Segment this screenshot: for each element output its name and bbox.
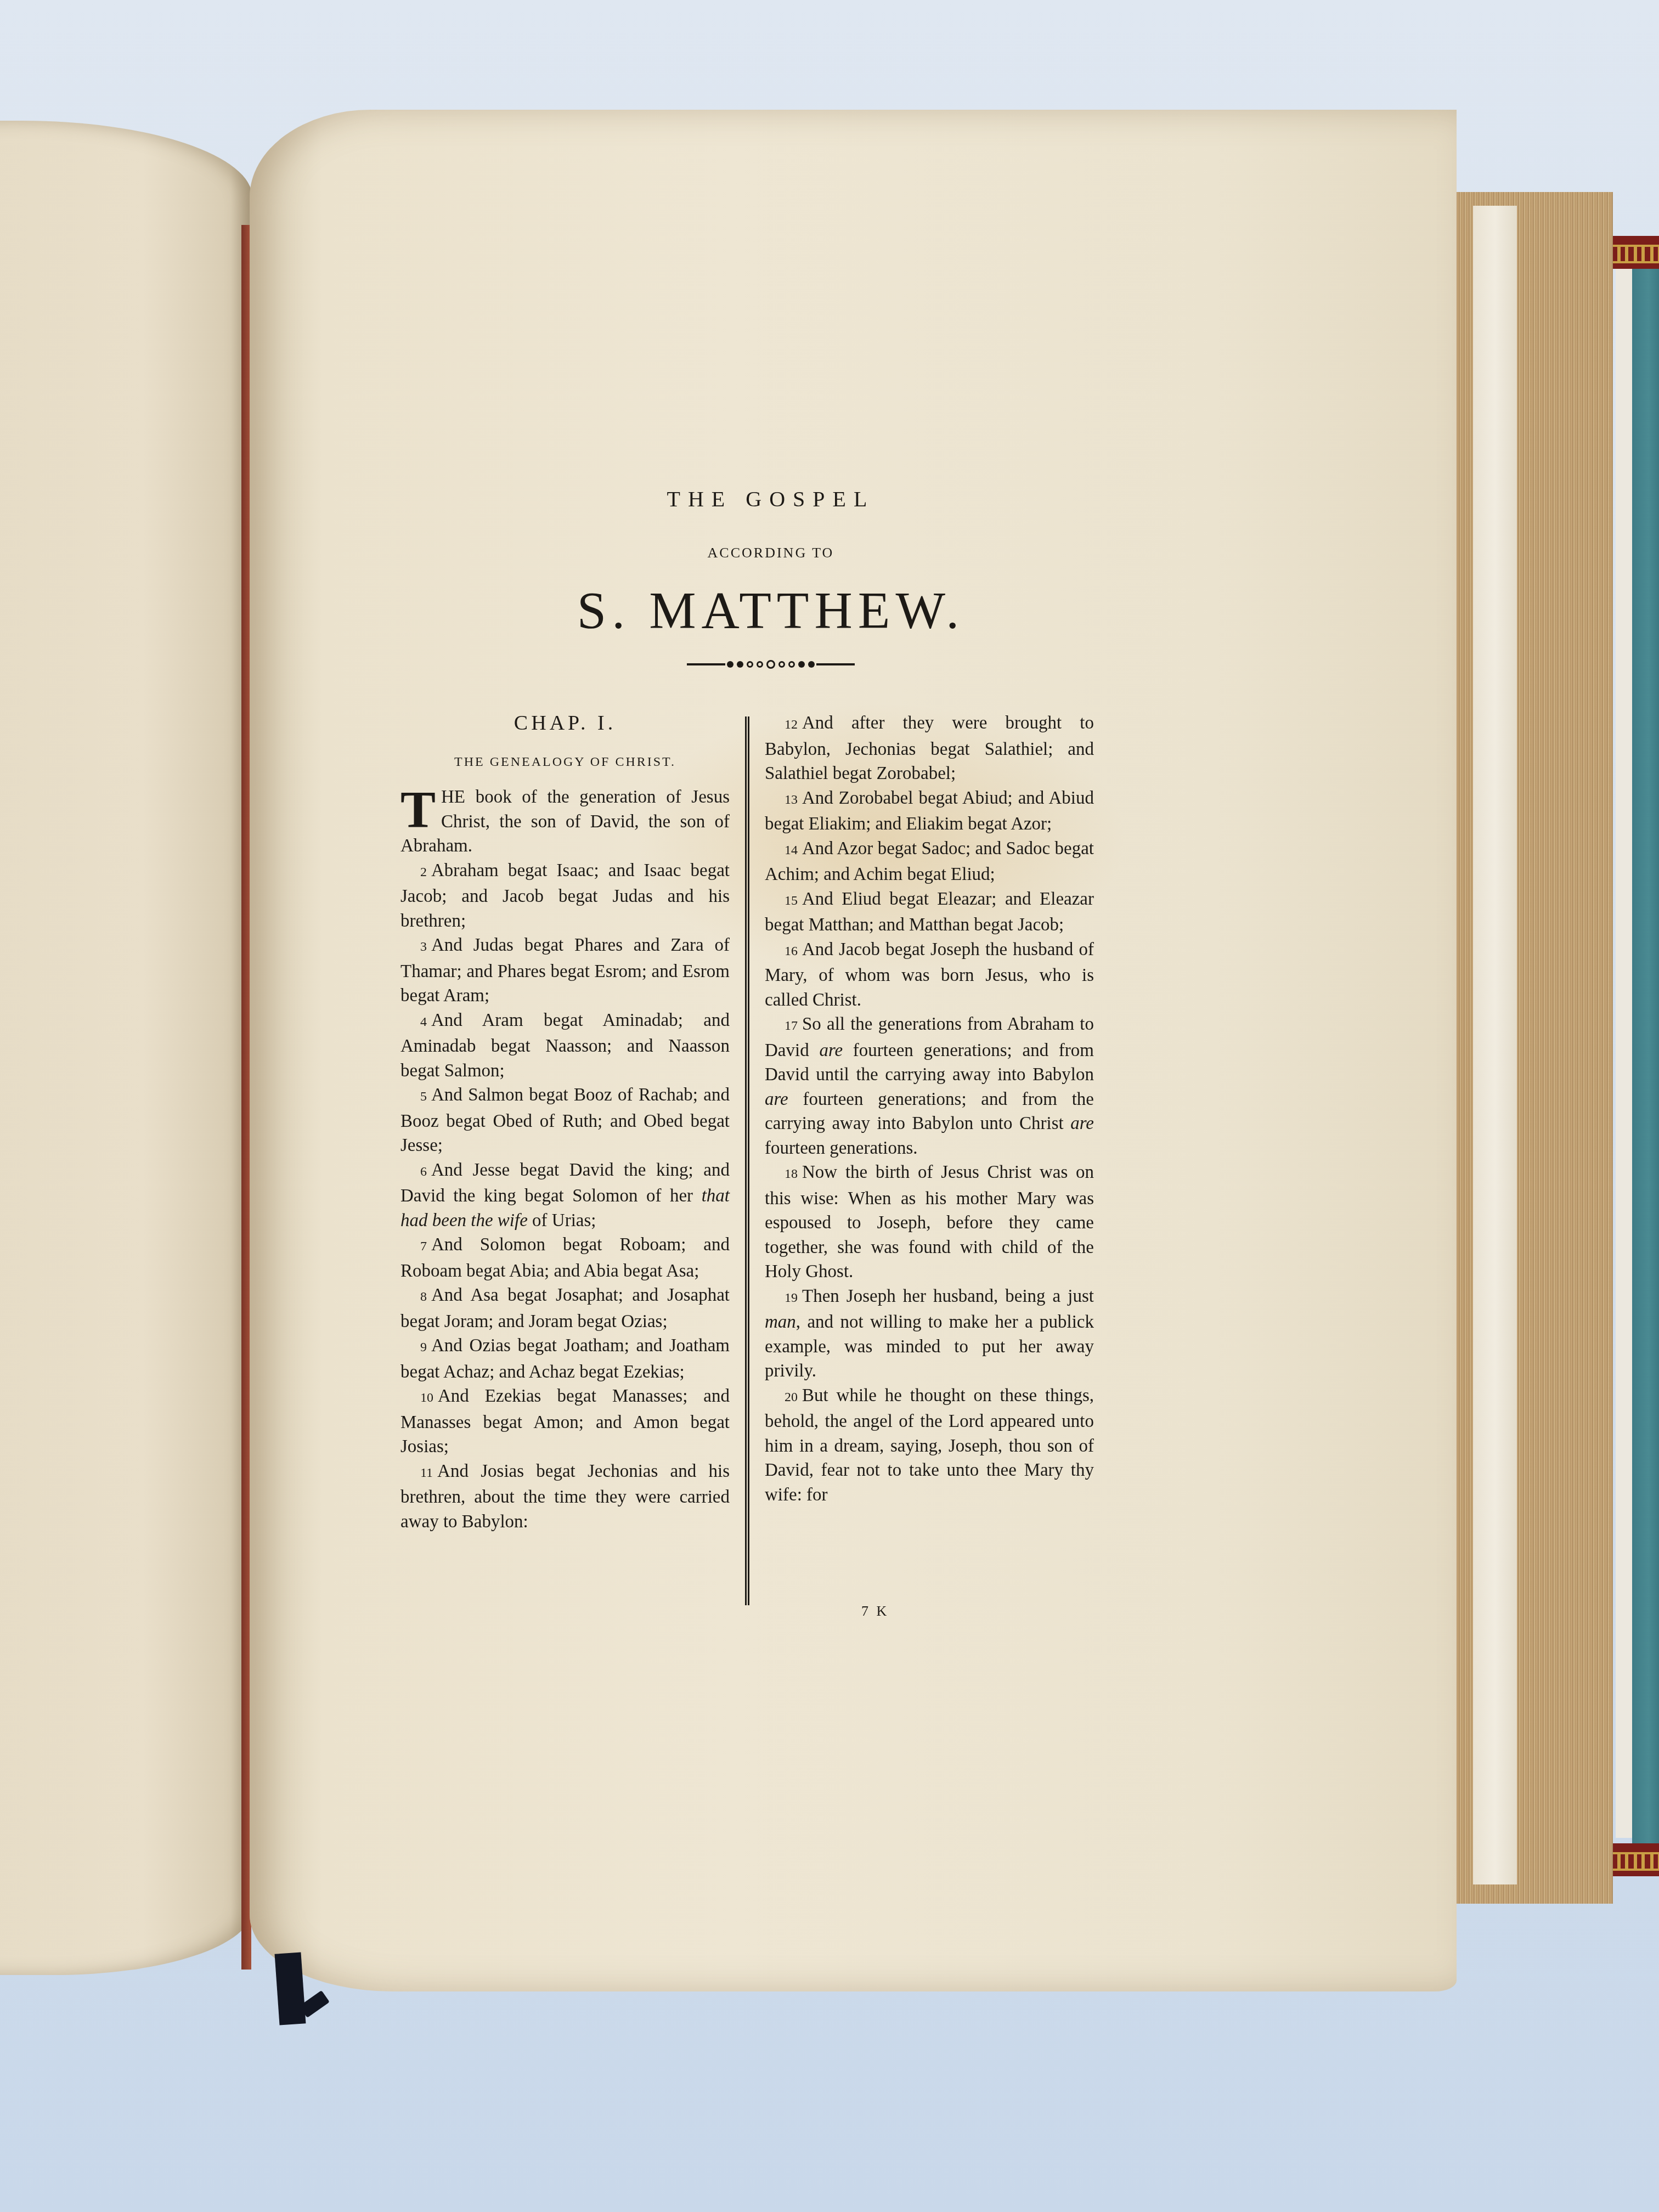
verse-10: 10And Ezekias begat Manasses; and Manass… (400, 1384, 730, 1459)
verse-17: 17So all the generations from Abraham to… (765, 1012, 1094, 1160)
column-divider-rule (745, 716, 749, 1605)
chapter-heading: CHAP. I. (400, 711, 730, 736)
title-the-gospel: THE GOSPEL (422, 483, 1119, 516)
flyleaf-edge (1616, 269, 1632, 1838)
verse-18: 18Now the birth of Jesus Christ was on t… (765, 1160, 1094, 1284)
page-text-block: THE GOSPEL ACCORDING TO S. MATTHEW. CHAP… (400, 483, 1097, 1605)
title-block: THE GOSPEL ACCORDING TO S. MATTHEW. (422, 483, 1119, 673)
bookmark-ribbon[interactable] (275, 1952, 306, 2025)
title-according-to: ACCORDING TO (422, 542, 1119, 564)
two-column-text: CHAP. I. THE GENEALOGY OF CHRIST. THE bo… (400, 711, 1097, 1605)
verse-8: 8And Asa begat Josaphat; and Josaphat be… (400, 1283, 730, 1334)
verse-9: 9And Ozias begat Joatham; and Joatham be… (400, 1334, 730, 1384)
plate-leaf-edge (1473, 206, 1517, 1884)
page-fore-edge (1432, 192, 1613, 1904)
verse-12: 12And after they were brought to Babylon… (765, 711, 1094, 786)
verse-6: 6And Jesse begat David the king; and Dav… (400, 1158, 730, 1233)
drop-cap: T (400, 788, 436, 831)
verse-20: 20But while he thought on these things, … (765, 1384, 1094, 1508)
left-column: CHAP. I. THE GENEALOGY OF CHRIST. THE bo… (400, 711, 730, 1605)
chapter-subheading: THE GENEALOGY OF CHRIST. (400, 750, 730, 775)
verse-5: 5And Salmon begat Booz of Rachab; and Bo… (400, 1083, 730, 1158)
verse-19: 19Then Joseph her husband, being a just … (765, 1284, 1094, 1384)
verse-13: 13And Zorobabel begat Abiud; and Abiud b… (765, 786, 1094, 837)
verse-2: 2Abraham begat Isaac; and Isaac begat Ja… (400, 859, 730, 934)
marbled-endpaper (1632, 269, 1659, 1843)
signature-mark: 7 K (861, 1603, 889, 1620)
verse-14: 14And Azor begat Sadoc; and Sadoc begat … (765, 837, 1094, 887)
verse-15: 15And Eliud begat Eleazar; and Eleazar b… (765, 887, 1094, 938)
verse-16: 16And Jacob begat Joseph the husband of … (765, 938, 1094, 1013)
left-page (0, 121, 252, 1975)
title-s-matthew: S. MATTHEW. (422, 580, 1119, 641)
verse-1: THE book of the generation of Jesus Chri… (400, 785, 730, 859)
verse-3: 3And Judas begat Phares and Zara of Tham… (400, 933, 730, 1008)
verse-11: 11And Josias begat Jechonias and his bre… (400, 1459, 730, 1534)
verse-4: 4And Aram begat Aminadab; and Aminadab b… (400, 1008, 730, 1084)
ornamental-rule-icon (422, 656, 1119, 673)
verse-7: 7And Solomon begat Roboam; and Roboam be… (400, 1233, 730, 1283)
right-column: 12And after they were brought to Babylon… (765, 711, 1094, 1605)
